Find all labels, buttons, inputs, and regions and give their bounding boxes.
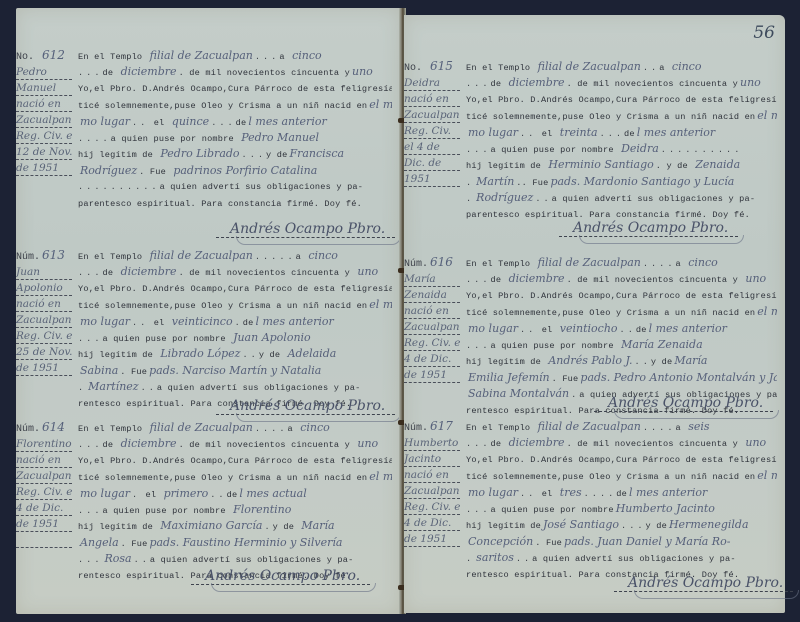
priest-signature: Andrés Ocampo Pbro.	[559, 220, 738, 237]
book-spread: No. 612 Pedro Manuel nació en Zacualpan …	[0, 0, 800, 622]
margin-notes: Florentino nació en Zacualpan Reg. Civ. …	[16, 436, 72, 548]
entry-text: En el Templo filial de Zacualpan.....a c…	[78, 248, 392, 412]
page-number: 56	[753, 23, 775, 43]
margin-notes: María Zenaida nació en Zacualpan Reg. Ci…	[404, 271, 460, 383]
entry-text: En el Templo filial de Zacualpan....a ci…	[78, 420, 392, 584]
right-page: 56 No. 615 Deidra nació en Zacualpan Reg…	[404, 15, 785, 613]
left-page: No. 612 Pedro Manuel nació en Zacualpan …	[16, 8, 400, 614]
margin-notes: Humberto Jacinto nació en Zacualpan Reg.…	[404, 435, 460, 547]
priest-signature: Andrés Ocampo Pbro.	[614, 575, 793, 592]
entry-number: Núm.617	[404, 419, 464, 434]
entry-number: No. 615	[404, 59, 464, 74]
entry-text: En el Templo filial de Zacualpan..a cinc…	[466, 59, 777, 223]
priest-signature: Andrés Ocampo Pbro.	[191, 568, 370, 585]
entry-number: No. 612	[16, 48, 76, 63]
priest-signature: Andrés Ocampo Pbro.	[216, 221, 395, 238]
margin-notes: Deidra nació en Zacualpan Reg. Civ. el 4…	[404, 75, 460, 187]
entry-text: En el Templo filial de Zacualpan...a cin…	[78, 48, 392, 212]
priest-signature: Andrés Ocampo Pbro.	[216, 398, 395, 415]
margin-notes: Pedro Manuel nació en Zacualpan Reg. Civ…	[16, 64, 72, 176]
margin-notes: Juan Apolonio nació en Zacualpan Reg. Ci…	[16, 264, 72, 376]
priest-signature: Andrés Ocampo Pbro.	[594, 395, 773, 412]
entry-number: Núm.614	[16, 420, 76, 435]
entry-number: Núm.613	[16, 248, 76, 263]
entry-number: Núm.616	[404, 255, 464, 270]
entry-text: En el Templo filial de Zacualpan....a se…	[466, 419, 777, 583]
